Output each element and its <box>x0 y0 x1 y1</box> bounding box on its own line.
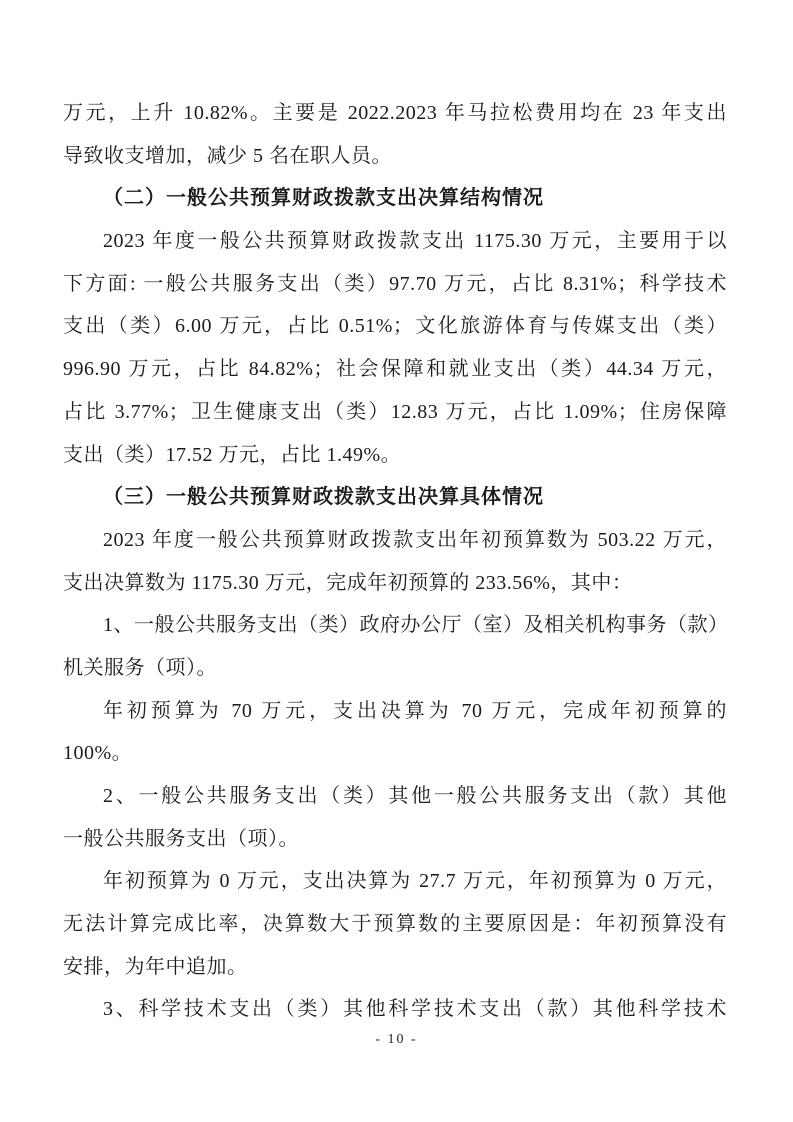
text-line: 一般公共服务支出（项）。 <box>63 818 727 861</box>
list-item-3-line: 3、科学技术支出（类）其他科学技术支出（款）其他科学技术 <box>63 988 727 1031</box>
text-line: 2023 年度一般公共预算财政拨款支出年初预算数为 503.22 万元， <box>63 519 727 562</box>
text-line: 占比 3.77%；卫生健康支出（类）12.83 万元，占比 1.09%；住房保障 <box>63 391 727 434</box>
list-item-2-line: 2、一般公共服务支出（类）其他一般公共服务支出（款）其他 <box>63 775 727 818</box>
document-body: 万元，上升 10.82%。主要是 2022.2023 年马拉松费用均在 23 年… <box>63 92 727 1031</box>
text-line: 机关服务（项）。 <box>63 647 727 690</box>
text-line: 下方面: 一般公共服务支出（类）97.70 万元，占比 8.31%；科学技术 <box>63 263 727 306</box>
text-line: 安排，为年中追加。 <box>63 946 727 989</box>
text-line: 2023 年度一般公共预算财政拨款支出 1175.30 万元，主要用于以 <box>63 220 727 263</box>
text-line: 导致收支增加，减少 5 名在职人员。 <box>63 135 727 178</box>
document-page: 万元，上升 10.82%。主要是 2022.2023 年马拉松费用均在 23 年… <box>0 0 793 1122</box>
text-line: 996.90 万元，占比 84.82%；社会保障和就业支出（类）44.34 万元… <box>63 348 727 391</box>
text-line: 万元，上升 10.82%。主要是 2022.2023 年马拉松费用均在 23 年… <box>63 92 727 135</box>
text-line: 支出决算数为 1175.30 万元，完成年初预算的 233.56%，其中： <box>63 562 727 605</box>
list-item-1-line: 1、一般公共服务支出（类）政府办公厅（室）及相关机构事务（款） <box>63 604 727 647</box>
text-line: 年初预算为 0 万元，支出决算为 27.7 万元，年初预算为 0 万元， <box>63 860 727 903</box>
text-line: 年初预算为 70 万元，支出决算为 70 万元，完成年初预算的 <box>63 690 727 733</box>
text-line: 无法计算完成比率，决算数大于预算数的主要原因是：年初预算没有 <box>63 903 727 946</box>
page-number: - 10 - <box>0 1032 793 1048</box>
text-line: 100%。 <box>63 732 727 775</box>
text-line: 支出（类）17.52 万元，占比 1.49%。 <box>63 434 727 477</box>
section-heading-2: （二）一般公共预算财政拨款支出决算结构情况 <box>63 177 727 220</box>
text-line: 支出（类）6.00 万元，占比 0.51%；文化旅游体育与传媒支出（类） <box>63 305 727 348</box>
section-heading-3: （三）一般公共预算财政拨款支出决算具体情况 <box>63 476 727 519</box>
